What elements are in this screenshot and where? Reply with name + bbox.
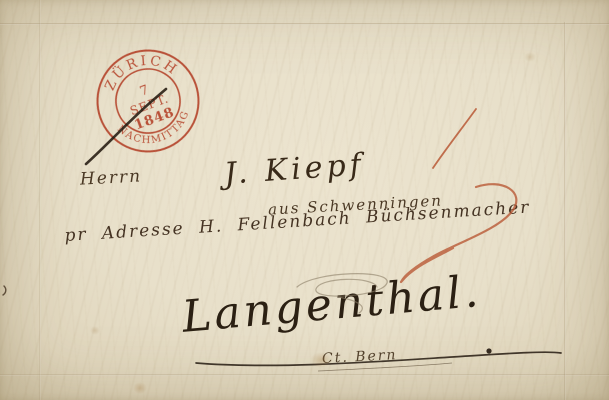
red-rate-numeral	[401, 184, 516, 282]
foxing-stain	[310, 352, 332, 368]
fold-line-bottom	[0, 374, 609, 376]
red-rate-slash	[433, 109, 476, 168]
pencil-scribble	[297, 274, 387, 313]
destination-period	[486, 348, 491, 353]
address-recipient-name: J. Kiepf	[223, 147, 366, 192]
address-care-of-line: pr Adresse H. Fellenbach Büchsenmacher	[64, 198, 531, 246]
foxing-stain	[524, 52, 536, 62]
canton-underline	[318, 363, 452, 371]
destination-underline-flourish	[196, 352, 561, 365]
stray-ink-mark	[3, 286, 6, 295]
letter-cover: ZÜRICH NACHMITTAG 7 SEPT. 1848 Herrn J. …	[0, 0, 609, 400]
fold-line-right	[564, 22, 566, 400]
address-origin-line: aus Schwenningen	[268, 191, 444, 218]
zurich-postmark-stamp: ZÜRICH NACHMITTAG 7 SEPT. 1848	[75, 28, 220, 173]
foxing-stain	[90, 326, 100, 335]
address-destination: Langenthal.	[180, 266, 483, 343]
fold-line-top	[0, 23, 609, 25]
fold-line-left	[39, 0, 41, 400]
foxing-stain	[133, 382, 147, 394]
address-canton-line: Ct. Bern	[322, 347, 398, 367]
